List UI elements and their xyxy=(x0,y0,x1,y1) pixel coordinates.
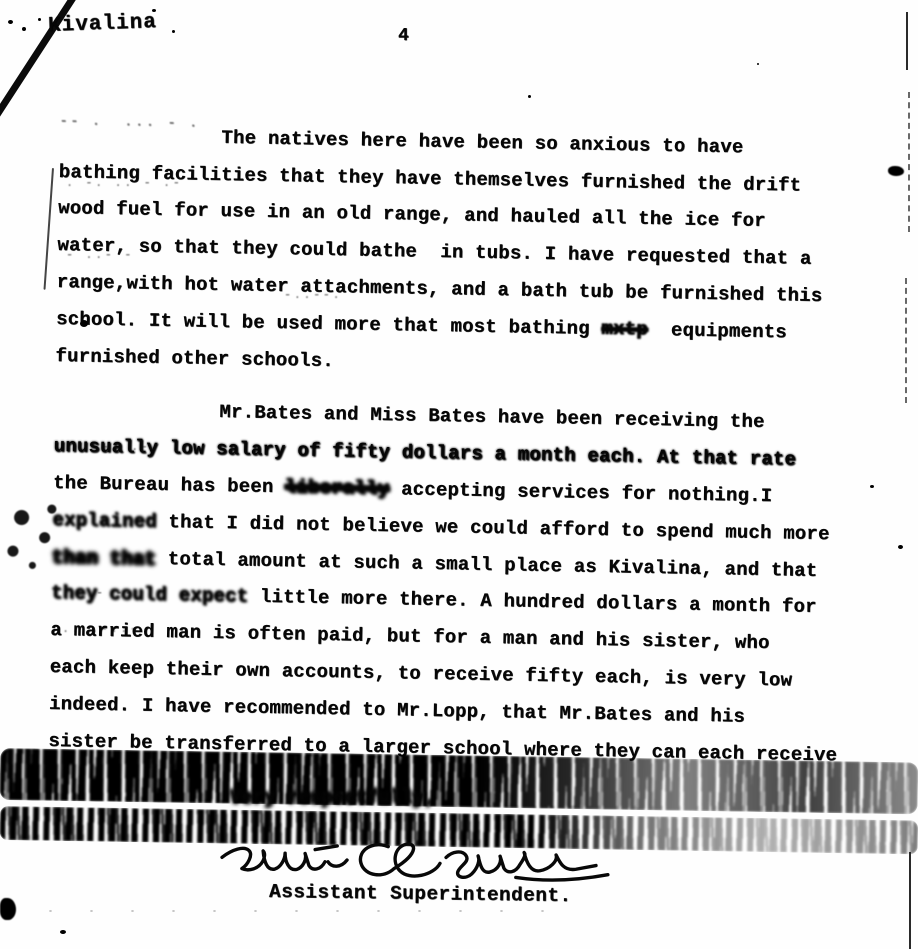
paragraph-2: Mr.Bates and Miss Bates have been receiv… xyxy=(48,391,879,774)
ink-speck xyxy=(172,30,175,33)
ink-speck xyxy=(757,63,759,65)
ink-speck xyxy=(528,95,531,98)
scan-edge-line xyxy=(908,92,910,232)
ink-speck xyxy=(152,9,156,12)
text-segment: the Bureau has been xyxy=(53,472,285,498)
left-margin-pen-line xyxy=(43,168,54,290)
crossed-out-remnant: -- . ... - . . --. - .- xyxy=(59,103,222,143)
text-segment: equipments xyxy=(647,319,787,344)
typewriter-correction-marks: . -. .. - .- xyxy=(66,176,182,190)
scanned-letter-page: Kivalina 4 -- . ... - . . --. - .-The na… xyxy=(0,0,918,949)
typewriter-correction-marks: .. .-..- xyxy=(62,622,140,636)
smudged-word: expect xyxy=(178,585,248,608)
text-segment: little more there. A hundred dollars a m… xyxy=(248,586,817,618)
typewriter-correction-marks: - ..- - xyxy=(66,248,134,262)
ink-speck xyxy=(80,320,88,327)
ink-speck xyxy=(898,545,903,549)
paragraph-1: -- . ... - . . --. - .-The natives here … xyxy=(55,103,884,389)
text-segment: accepting services for nothing.I xyxy=(389,478,772,507)
ink-blot-cluster xyxy=(0,494,72,578)
signature-walter-shields xyxy=(216,834,614,890)
ink-blot xyxy=(0,898,16,920)
typewriter-correction-marks: -- .-. xyxy=(102,440,160,454)
scan-edge-line xyxy=(905,278,907,403)
ink-speck xyxy=(60,930,66,934)
salutation: Very respectfully, xyxy=(230,786,435,808)
ink-speck xyxy=(38,18,41,21)
scan-edge-line xyxy=(906,12,908,70)
location-label: Kivalina xyxy=(48,11,158,38)
text-segment: that I did not believe we could afford t… xyxy=(157,511,830,545)
page-number: 4 xyxy=(398,26,409,46)
signature-ink-strokes xyxy=(216,831,615,893)
letter-body: -- . ... - . . --. - .-The natives here … xyxy=(48,103,884,774)
speckle-row xyxy=(430,930,750,940)
typewriter-correction-marks: - -- xyxy=(96,586,135,600)
paragraph-indent xyxy=(54,414,219,417)
struck-out-word: liberally xyxy=(285,476,390,500)
text-segment: school. It will be used more that most b… xyxy=(56,308,602,340)
ink-speck xyxy=(8,20,13,24)
ink-speck xyxy=(22,27,26,31)
text-segment: Mr.Bates and Miss Bates have been receiv… xyxy=(219,401,765,433)
text-segment: total amount at such a small place as Ki… xyxy=(156,547,818,581)
scan-edge-line xyxy=(909,852,911,949)
speckle-row xyxy=(30,905,570,921)
ink-speck xyxy=(870,485,874,488)
struck-out-word: mxtp xyxy=(601,318,648,341)
ink-blot xyxy=(888,166,904,176)
typewriter-correction-marks: -..--. xyxy=(284,288,342,302)
text-segment: The natives here have been so anxious to… xyxy=(221,127,743,159)
